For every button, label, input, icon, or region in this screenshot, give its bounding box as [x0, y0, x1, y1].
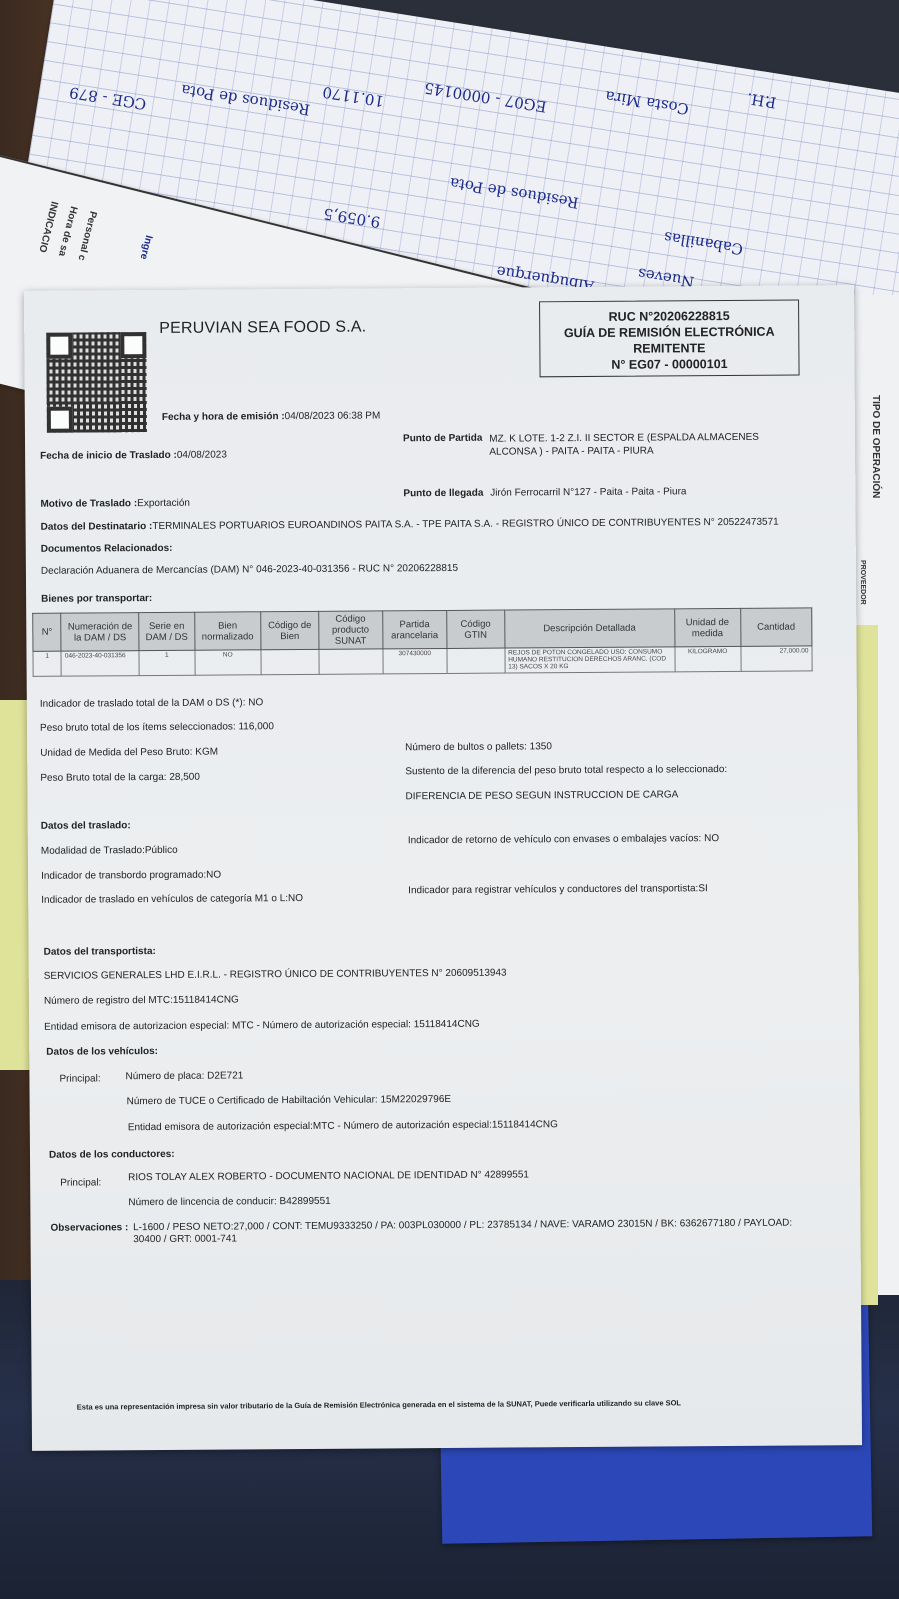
ledger-text: P.H. — [745, 89, 777, 111]
origin-point: Punto de Partida MZ. K LOTE. 1-2 Z.I. II… — [403, 431, 759, 459]
vehicle-authorization: Entidad emisora de autorización especial… — [128, 1119, 558, 1133]
company-name: PERUVIAN SEA FOOD S.A. — [159, 319, 366, 338]
package-count: Número de bultos o pallets: 1350 — [405, 741, 552, 753]
drivers-heading: Datos de los conductores: — [49, 1149, 175, 1161]
footer-disclaimer: Esta es una representación impresa sin v… — [77, 1398, 681, 1411]
table-cell: REJOS DE POTON CONGELADO USO: CONSUMO HU… — [505, 647, 675, 673]
vehicle-plate: Número de placa: D2E721 — [125, 1070, 243, 1082]
goods-heading: Bienes por transportar: — [41, 593, 152, 605]
goods-column-header: Bien normalizado — [194, 612, 261, 650]
start-date: Fecha de inicio de Traslado :04/08/2023 — [40, 449, 227, 461]
emission-date: Fecha y hora de emisión :04/08/2023 06:3… — [162, 410, 381, 423]
form-label: PROVEEDOR — [859, 560, 866, 605]
document-type: GUÍA DE REMISIÓN ELECTRÓNICA — [540, 324, 798, 342]
carrier-name: SERVICIOS GENERALES LHD E.I.R.L. - REGIS… — [44, 968, 507, 982]
transfer-mode: Modalidad de Traslado:Público — [41, 845, 178, 857]
ledger-text: Residuos de Pota — [449, 174, 580, 212]
related-docs-value: Declaración Aduanera de Mercancías (DAM)… — [41, 563, 458, 577]
goods-column-header: Numeración de la DAM / DS — [61, 613, 139, 652]
ruc-number: RUC N°20206228815 — [540, 308, 798, 326]
form-label: INDICACIO — [36, 200, 59, 253]
ledger-text: CGE - 879 — [68, 83, 148, 113]
shipping-guide-document: PERUVIAN SEA FOOD S.A. RUC N°20206228815… — [24, 285, 862, 1451]
table-cell — [447, 648, 505, 673]
goods-column-header: Descripción Detallada — [504, 609, 674, 648]
ledger-text: EG07 - 0000145 — [423, 79, 548, 116]
observations: Observaciones : L-1600 / PESO NETO:27,00… — [50, 1218, 792, 1247]
ledger-text: Residuos de Pota — [180, 81, 311, 119]
recipient-data: Datos del Destinatario :TERMINALES PORTU… — [41, 517, 779, 533]
weight-difference-label: Sustento de la diferencia del peso bruto… — [405, 764, 727, 777]
driver-name: RIOS TOLAY ALEX ROBERTO - DOCUMENTO NACI… — [128, 1169, 529, 1183]
table-cell: 046-2023-40-031356 — [61, 651, 139, 677]
total-dam-indicator: Indicador de traslado total de la DAM o … — [40, 697, 264, 710]
m1-l-indicator: Indicador de traslado en vehículos de ca… — [41, 893, 303, 906]
qr-code — [46, 332, 147, 433]
transfer-reason: Motivo de Traslado :Exportación — [40, 498, 190, 510]
carrier-heading: Datos del transportista: — [44, 946, 156, 958]
transfer-heading: Datos del traslado: — [41, 820, 131, 832]
goods-column-header: Unidad de medida — [674, 608, 740, 646]
vehicle-tuce: Número de TUCE o Certificado de Habiltac… — [127, 1094, 452, 1107]
goods-column-header: Partida arancelaria — [382, 610, 447, 648]
table-cell: 27,000.00 — [740, 646, 812, 671]
document-subtype: REMITENTE — [540, 340, 798, 358]
goods-table-header: N°Numeración de la DAM / DSSerie en DAM … — [33, 608, 812, 651]
arrival-point: Punto de llegada Jirón Ferrocarril N°127… — [403, 486, 686, 499]
gross-weight-unit: Unidad de Medida del Peso Bruto: KGM — [40, 747, 218, 759]
goods-table: N°Numeración de la DAM / DSSerie en DAM … — [32, 607, 812, 676]
goods-column-header: Serie en DAM / DS — [139, 612, 195, 650]
table-cell — [319, 649, 383, 674]
gross-weight-total: Peso Bruto total de la carga: 28,500 — [40, 772, 200, 784]
ledger-text: 10.1170 — [321, 83, 385, 110]
gross-weight-selected: Peso bruto total de los ítems selecciona… — [40, 721, 274, 734]
register-vehicles-indicator: Indicador para registrar vehículos y con… — [408, 883, 708, 896]
goods-column-header: Código producto SUNAT — [318, 611, 382, 649]
yellow-folder-edge-left — [0, 700, 30, 1070]
table-cell: 1 — [33, 651, 62, 676]
form-label: Personal c — [75, 210, 98, 262]
goods-column-header: N° — [33, 613, 62, 651]
vehicles-heading: Datos de los vehículos: — [46, 1046, 158, 1058]
weight-difference-value: DIFERENCIA DE PESO SEGUN INSTRUCCION DE … — [405, 789, 678, 802]
table-cell — [261, 649, 319, 674]
goods-column-header: Código GTIN — [447, 610, 505, 648]
goods-column-header: Cantidad — [740, 608, 812, 646]
form-label: Hora de sa — [56, 205, 79, 257]
driver-license: Número de lincencia de conducir: B428995… — [128, 1196, 330, 1208]
related-docs-heading: Documentos Relacionados: — [41, 543, 173, 555]
document-number: N° EG07 - 00000101 — [540, 356, 798, 374]
driver-principal-label: Principal: — [60, 1177, 101, 1188]
ledger-text: 9.059,5 — [322, 204, 381, 231]
return-empty-indicator: Indicador de retorno de vehículo con env… — [408, 833, 719, 846]
table-row: 1046-2023-40-0313561NO307430000REJOS DE … — [33, 646, 812, 676]
ledger-text: Costa Mira — [604, 87, 690, 118]
table-cell: KILOGRAMO — [675, 646, 741, 671]
form-label: TIPO DE OPERACIÓN — [870, 395, 881, 498]
carrier-mtc: Número de registro del MTC:15118414CNG — [44, 994, 239, 1006]
transshipment-indicator: Indicador de transbordo programado:NO — [41, 870, 221, 882]
carrier-authorization: Entidad emisora de autorizacion especial… — [44, 1019, 480, 1033]
table-cell: 1 — [139, 650, 195, 675]
goods-column-header: Código de Bien — [261, 611, 319, 649]
form-label: Ingre — [138, 234, 155, 260]
ledger-text: Cabanillas — [663, 228, 745, 258]
table-cell: NO — [195, 650, 262, 675]
ruc-box: RUC N°20206228815 GUÍA DE REMISIÓN ELECT… — [539, 300, 800, 378]
table-cell: 307430000 — [383, 648, 448, 673]
vehicle-principal-label: Principal: — [59, 1073, 100, 1084]
